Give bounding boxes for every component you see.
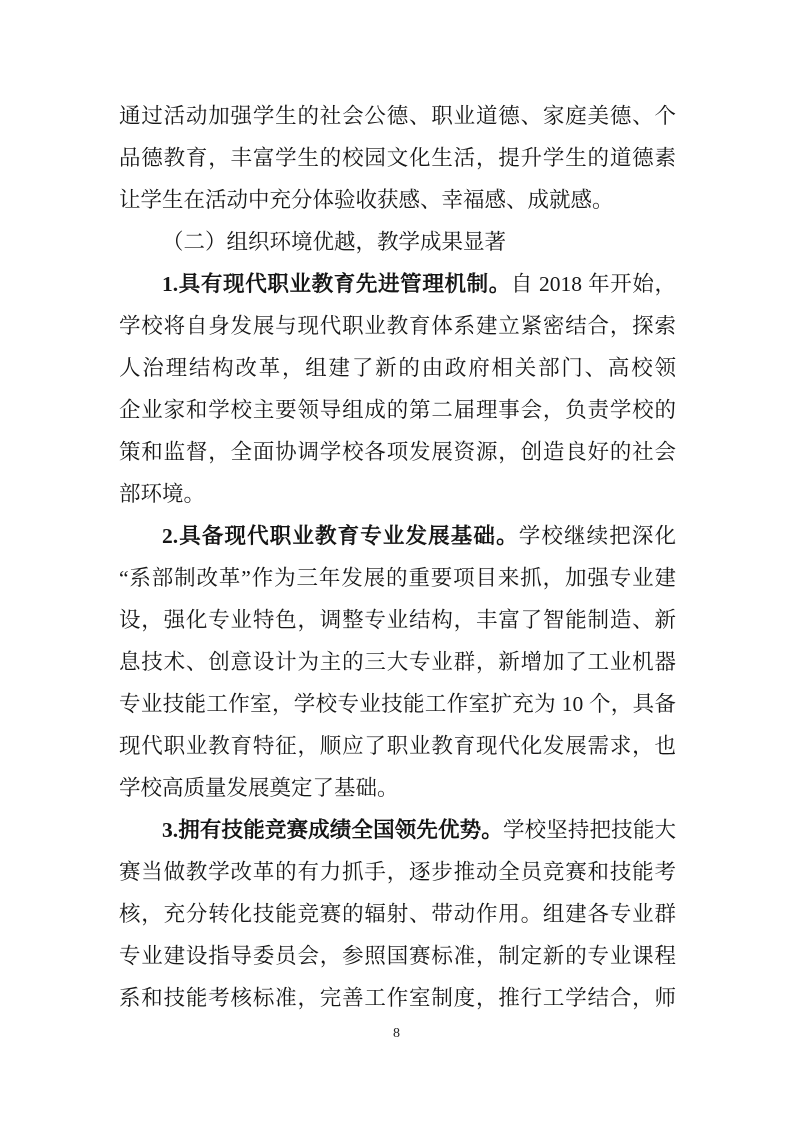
text-run: 通过活动加强学生的社会公德、职业道德、家庭美德、个人	[119, 104, 676, 137]
text-line: 学校高质量发展奠定了基础。	[119, 767, 676, 809]
text-line: 核，充分转化技能竞赛的辐射、带动作用。组建各专业群的	[119, 893, 676, 935]
text-run: 学校继续把深化	[519, 524, 676, 548]
text-line: 品德教育，丰富学生的校园文化生活，提升学生的道德素养，	[119, 137, 676, 179]
text-line: 现代职业教育特征，顺应了职业教育现代化发展需求，也为	[119, 725, 676, 767]
text-line: 息技术、创意设计为主的三大专业群，新增加了工业机器人	[119, 641, 676, 683]
document-body: 通过活动加强学生的社会公德、职业道德、家庭美德、个人 品德教育，丰富学生的校园文…	[119, 95, 676, 1019]
text-line: 2.具备现代职业教育专业发展基础。学校继续把深化	[119, 515, 676, 557]
document-page: 通过活动加强学生的社会公德、职业道德、家庭美德、个人 品德教育，丰富学生的校园文…	[0, 0, 793, 1122]
text-line: 系和技能考核标准，完善工作室制度，推行工学结合，师生	[119, 977, 676, 1019]
text-line: 专业建设指导委员会，参照国赛标准，制定新的专业课程体	[119, 935, 676, 977]
text-run: 企业家和学校主要领导组成的第二届理事会，负责学校的决	[119, 398, 676, 431]
emphasis-run: 1.具有现代职业教育先进管理机制。	[162, 272, 511, 296]
text-line: 策和监督，全面协调学校各项发展资源，创造良好的社会外	[119, 431, 676, 473]
text-line: 部环境。	[119, 473, 676, 515]
text-run: 系和技能考核标准，完善工作室制度，推行工学结合，师生	[119, 986, 676, 1019]
section-heading: （二）组织环境优越，教学成果显著	[119, 221, 676, 263]
text-run: 核，充分转化技能竞赛的辐射、带动作用。组建各专业群的	[119, 902, 676, 935]
text-line: 设，强化专业特色，调整专业结构，丰富了智能制造、新信	[119, 599, 676, 641]
text-line: 3.拥有技能竞赛成绩全国领先优势。学校坚持把技能大	[119, 809, 676, 851]
text-run: 专业技能工作室，学校专业技能工作室扩充为 10 个，具备	[119, 692, 676, 716]
text-run: 让学生在活动中充分体验收获感、幸福感、成就感。	[119, 188, 614, 212]
text-run: 人治理结构改革，组建了新的由政府相关部门、高校领导、	[119, 356, 676, 389]
text-run: “系部制改革”作为三年发展的重要项目来抓，加强专业建	[119, 566, 676, 590]
text-run: 品德教育，丰富学生的校园文化生活，提升学生的道德素养，	[119, 146, 676, 179]
text-run: 学校高质量发展奠定了基础。	[119, 776, 399, 800]
text-run: 自 2018 年开始，	[511, 272, 676, 296]
text-line: 赛当做教学改革的有力抓手，逐步推动全员竞赛和技能考	[119, 851, 676, 893]
text-line: 让学生在活动中充分体验收获感、幸福感、成就感。	[119, 179, 676, 221]
text-run: 设，强化专业特色，调整专业结构，丰富了智能制造、新信	[119, 608, 676, 641]
text-run: 学校将自身发展与现代职业教育体系建立紧密结合，探索法	[119, 314, 676, 347]
text-run: 息技术、创意设计为主的三大专业群，新增加了工业机器人	[119, 650, 676, 683]
text-line: 企业家和学校主要领导组成的第二届理事会，负责学校的决	[119, 389, 676, 431]
text-run: 学校坚持把技能大	[503, 818, 676, 842]
text-run: 赛当做教学改革的有力抓手，逐步推动全员竞赛和技能考	[119, 860, 676, 884]
text-run: 部环境。	[119, 482, 205, 506]
emphasis-run: 3.拥有技能竞赛成绩全国领先优势。	[162, 818, 503, 842]
text-run: 专业建设指导委员会，参照国赛标准，制定新的专业课程体	[119, 944, 676, 977]
text-line: 人治理结构改革，组建了新的由政府相关部门、高校领导、	[119, 347, 676, 389]
text-run: 现代职业教育特征，顺应了职业教育现代化发展需求，也为	[119, 734, 676, 767]
text-line: 学校将自身发展与现代职业教育体系建立紧密结合，探索法	[119, 305, 676, 347]
text-run: （二）组织环境优越，教学成果显著	[162, 230, 506, 254]
text-line: 通过活动加强学生的社会公德、职业道德、家庭美德、个人	[119, 95, 676, 137]
emphasis-run: 2.具备现代职业教育专业发展基础。	[162, 524, 519, 548]
text-line: 1.具有现代职业教育先进管理机制。自 2018 年开始，	[119, 263, 676, 305]
text-run: 策和监督，全面协调学校各项发展资源，创造良好的社会外	[119, 440, 676, 473]
text-line: 专业技能工作室，学校专业技能工作室扩充为 10 个，具备	[119, 683, 676, 725]
text-line: “系部制改革”作为三年发展的重要项目来抓，加强专业建	[119, 557, 676, 599]
page-number: 8	[0, 1024, 793, 1044]
